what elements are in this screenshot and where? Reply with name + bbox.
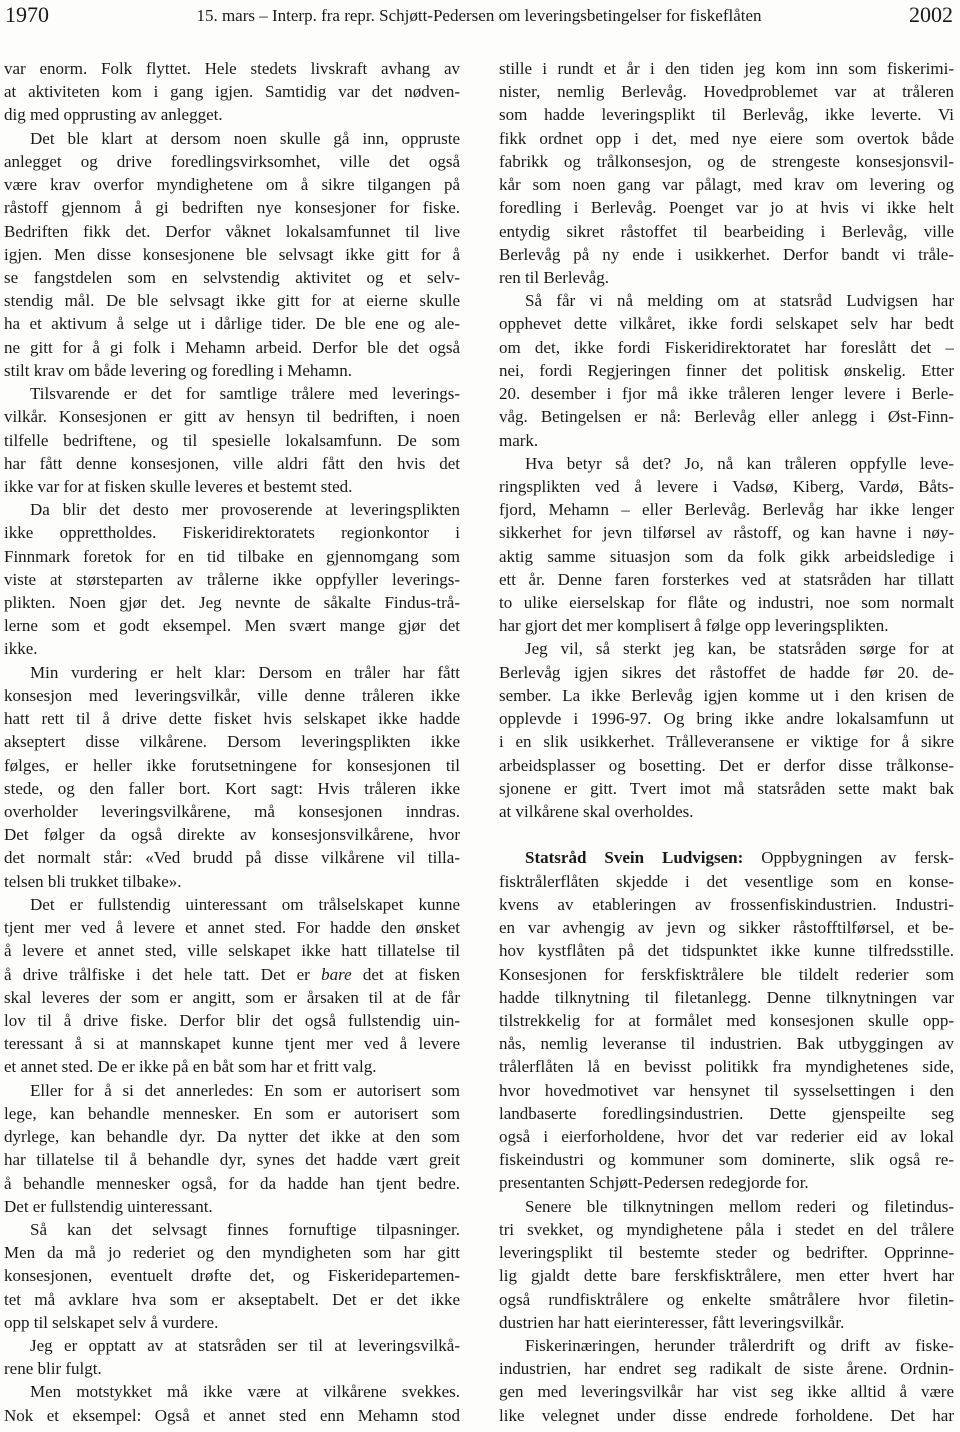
text-segment: trålerflåten lå en bevisst politikk fra … bbox=[499, 1057, 954, 1076]
text-line: vilkår. Konsesjonen er gitt av hensyn ti… bbox=[4, 405, 460, 428]
text-line: var enorm. Folk flyttet. Hele stedets li… bbox=[4, 57, 460, 80]
text-line: ikke opprettholdes. Fiskeridirektoratets… bbox=[4, 521, 460, 544]
text-line: dyrlege, kan behandle dyr. Da nytter det… bbox=[4, 1125, 460, 1148]
text-line: Eller for å si det annerledes: En som er… bbox=[4, 1079, 460, 1102]
text-line: telsen bli trukket tilbake». bbox=[4, 870, 460, 893]
text-segment: å behandle mennesker også, for da hadde … bbox=[4, 1174, 460, 1193]
text-segment: dig med opprusting av anlegget. bbox=[4, 105, 223, 124]
text-segment: Nok et eksempel: Også et annet sted enn … bbox=[4, 1406, 460, 1425]
text-segment: teressant å si at mannskapet kunne tjent… bbox=[4, 1034, 460, 1053]
text-segment: var enorm. Folk flyttet. Hele stedets li… bbox=[4, 59, 460, 78]
text-segment: Så får vi nå melding om at statsråd Ludv… bbox=[525, 291, 954, 310]
text-line: nister, nemlig Berlevåg. Hovedproblemet … bbox=[499, 80, 954, 103]
text-segment: Jeg er opptatt av at statsråden ser til … bbox=[30, 1336, 460, 1355]
text-segment: opphevet dette vilkåret, ikke fordi sels… bbox=[499, 314, 954, 333]
text-line: å levere et annet sted, ville selskapet … bbox=[4, 939, 460, 962]
text-segment: telsen bli trukket tilbake». bbox=[4, 872, 182, 891]
text-segment: nei, fordi Regjeringen finner det politi… bbox=[499, 361, 954, 380]
text-segment: at aktiviteten kom i gang igjen. Samtidi… bbox=[4, 82, 460, 101]
text-segment: sember. La ikke Berlevåg igjen komme ut … bbox=[499, 686, 954, 705]
text-segment: vilkår. Konsesjonen er gitt av hensyn ti… bbox=[4, 407, 460, 426]
text-line: ren til Berlevåg. bbox=[499, 266, 954, 289]
text-segment: Tilsvarende er det for samtlige trålere … bbox=[30, 384, 460, 403]
text-line: Konsesjonen for ferskfisktrålere ble til… bbox=[499, 963, 954, 986]
text-line: tri svekket, og myndighetene påla i sted… bbox=[499, 1218, 954, 1241]
text-line: like velegnet under disse endrede forhol… bbox=[499, 1404, 954, 1427]
text-segment: entydig sikret råstoffet til bearbeiding… bbox=[499, 222, 954, 241]
text-segment: en var avhengig av jevn og sikker råstof… bbox=[499, 918, 954, 937]
text-line: være krav overfor myndighetene om å sikr… bbox=[4, 173, 460, 196]
text-segment: kår som noen gang var pålagt, med krav o… bbox=[499, 175, 954, 194]
text-segment: stille i rundt et år i den tiden jeg kom… bbox=[499, 59, 954, 78]
paragraph: Så får vi nå melding om at statsråd Ludv… bbox=[499, 289, 954, 452]
text-segment: leveringsplikt til bestemte steder og be… bbox=[499, 1243, 954, 1262]
text-segment: sikkerhet for jevn tilførsel av råstoff,… bbox=[499, 523, 954, 542]
text-line: det normalt står: «Ved brudd på disse vi… bbox=[4, 846, 460, 869]
text-line: Men da må jo rederiet og den myndigheten… bbox=[4, 1241, 460, 1264]
text-segment: det normalt står: «Ved brudd på disse vi… bbox=[4, 848, 460, 867]
text-line: i en slik usikkerhet. Trålleveransene er… bbox=[499, 730, 954, 753]
text-segment: som hadde leveringsplikt til Berlevåg, i… bbox=[499, 105, 954, 124]
text-segment: Men da må jo rederiet og den myndigheten… bbox=[4, 1243, 460, 1262]
text-segment: anlegget og drive foredlingsvirksomhet, … bbox=[4, 152, 460, 171]
paragraph: Statsråd Svein Ludvigsen: Oppbygningen a… bbox=[499, 846, 954, 1194]
text-segment: ikke var for at fisken skulle leveres et… bbox=[4, 477, 352, 496]
text-line: stendig mål. De ble selvsagt ikke gitt f… bbox=[4, 289, 460, 312]
text-line: har tillatelse til å behandle dyr, synes… bbox=[4, 1148, 460, 1171]
text-line: stilt krav om både levering og foredling… bbox=[4, 359, 460, 382]
text-segment: Konsesjonen for ferskfisktrålere ble til… bbox=[499, 965, 954, 984]
text-line: fiskeindustri og kommuner som dominerte,… bbox=[499, 1148, 954, 1171]
text-segment: lege, kan behandle mennesker. En som er … bbox=[4, 1104, 460, 1123]
text-segment: hvor hovedmotivet var hensynet til sysse… bbox=[499, 1081, 954, 1100]
paragraph: Så kan det selvsagt finnes fornuftige ti… bbox=[4, 1218, 460, 1334]
text-segment: lig gjaldt dette bare ferskfisktrålere, … bbox=[499, 1266, 954, 1285]
text-segment: sjonene er gitt. Tvert imot må statsråde… bbox=[499, 779, 954, 798]
text-line: råstoff gjennom å gi bedriften nye konse… bbox=[4, 196, 460, 219]
paragraph: Eller for å si det annerledes: En som er… bbox=[4, 1079, 460, 1218]
text-line: industrien, har endret seg radikalt de s… bbox=[499, 1357, 954, 1380]
text-segment: nås, nemlig leveranse til industrien. Ba… bbox=[499, 1034, 954, 1053]
text-line: tilfelle bedriftene, og til spesielle lo… bbox=[4, 429, 460, 452]
text-segment: tet må avklare hva som er akseptabelt. D… bbox=[4, 1290, 460, 1309]
page-number-left: 1970 bbox=[5, 2, 49, 28]
text-segment: ikke. bbox=[4, 639, 38, 658]
text-line: også i eierforholdene, hvor det var rede… bbox=[499, 1125, 954, 1148]
text-line: at vilkårene skal overholdes. bbox=[499, 800, 954, 823]
text-line: hov kystflåten på det tidspunktet ikke k… bbox=[499, 939, 954, 962]
text-segment: se fangstdelen som en selvstendig aktivi… bbox=[4, 268, 460, 287]
text-segment: om det, ikke fordi Fiskeridirektoratet h… bbox=[499, 338, 954, 357]
paragraph: Min vurdering er helt klar: Dersom en tr… bbox=[4, 661, 460, 893]
text-segment: ne gitt for å gi folk i Mehamn arbeid. D… bbox=[4, 338, 460, 357]
text-line: å drive trålfiske i det hele tatt. Det e… bbox=[4, 963, 460, 986]
text-line: har gjort det mer komplisert å følge opp… bbox=[499, 614, 954, 637]
text-line: mark. bbox=[499, 429, 954, 452]
text-line: anlegget og drive foredlingsvirksomhet, … bbox=[4, 150, 460, 173]
text-segment: følges, er heller ikke forutsetningene f… bbox=[4, 756, 460, 775]
paragraph: stille i rundt et år i den tiden jeg kom… bbox=[499, 57, 954, 289]
text-line: Berlevåg igjen sikres det råstoffet de h… bbox=[499, 661, 954, 684]
text-line: sjonene er gitt. Tvert imot må statsråde… bbox=[499, 777, 954, 800]
text-segment: ren til Berlevåg. bbox=[499, 268, 609, 287]
text-segment: Senere ble tilknytningen mellom rederi o… bbox=[525, 1197, 954, 1216]
text-segment: 20. desember i fjor må ikke tråleren len… bbox=[499, 384, 954, 403]
text-line: opplevde i 1996-97. Og bring ikke andre … bbox=[499, 707, 954, 730]
text-line: Det følger da også direkte av konsesjons… bbox=[4, 823, 460, 846]
text-line: dig med opprusting av anlegget. bbox=[4, 103, 460, 126]
text-segment: to ulike eierselskap for flåte og indust… bbox=[499, 593, 954, 612]
text-segment: også rundfisktrålere og enkelte småtråle… bbox=[499, 1290, 954, 1309]
text-line: Tilsvarende er det for samtlige trålere … bbox=[4, 382, 460, 405]
text-segment: konsesjonen, eventuelt drøfte det, og Fi… bbox=[4, 1266, 460, 1285]
text-line: 20. desember i fjor må ikke tråleren len… bbox=[499, 382, 954, 405]
text-segment: ett år. Denne faren forsterkes ved at st… bbox=[499, 570, 954, 589]
text-segment: Det følger da også direkte av konsesjons… bbox=[4, 825, 460, 844]
text-segment: ringsplikten ved å levere i Vadsø, Kiber… bbox=[499, 477, 954, 496]
text-segment: fikk ordnet opp i det, med nye eiere som… bbox=[499, 129, 954, 148]
text-segment: foredling i Berlevåg. Poenget var jo at … bbox=[499, 198, 954, 217]
text-segment: plikten. Noen gjør det. Jeg nevnte de så… bbox=[4, 593, 460, 612]
text-line: et annet sted. De er ikke på en båt som … bbox=[4, 1055, 460, 1078]
text-line: hadde tilknytning til filetanlegg. Denne… bbox=[499, 986, 954, 1009]
text-segment: fjord, Mehamn – eller Berlevåg. Berlevåg… bbox=[499, 500, 954, 519]
text-segment: har fått denne konsesjonen, ville aldri … bbox=[4, 454, 460, 473]
text-line: Nok et eksempel: Også et annet sted enn … bbox=[4, 1404, 460, 1427]
text-segment: rene blir fulgt. bbox=[4, 1359, 102, 1378]
text-line: skal leveres der som er angitt, som er å… bbox=[4, 986, 460, 1009]
text-line: Bedriften fikk det. Derfor våknet lokals… bbox=[4, 220, 460, 243]
text-segment: ikke opprettholdes. Fiskeridirektoratets… bbox=[4, 523, 460, 542]
italic-text: bare bbox=[321, 965, 352, 984]
text-segment: Bedriften fikk det. Derfor våknet lokals… bbox=[4, 222, 460, 241]
text-line: rene blir fulgt. bbox=[4, 1357, 460, 1380]
text-line: fikk ordnet opp i det, med nye eiere som… bbox=[499, 127, 954, 150]
paragraph: Tilsvarende er det for samtlige trålere … bbox=[4, 382, 460, 498]
text-line: stille i rundt et år i den tiden jeg kom… bbox=[499, 57, 954, 80]
text-line: kvens av etableringen av frossenfiskindu… bbox=[499, 893, 954, 916]
text-line: Jeg er opptatt av at statsråden ser til … bbox=[4, 1334, 460, 1357]
text-segment: ha et aktivum å selge ut i dårlige tider… bbox=[4, 314, 460, 333]
text-line: overholder leveringsvilkårene, må konses… bbox=[4, 800, 460, 823]
text-line: se fangstdelen som en selvstendig aktivi… bbox=[4, 266, 460, 289]
text-segment: opplevde i 1996-97. Og bring ikke andre … bbox=[499, 709, 954, 728]
text-segment: Berlevåg på ny ende i usikkerhet. Derfor… bbox=[499, 245, 954, 264]
text-segment: tilstrekkelig for at formålet med konses… bbox=[499, 1011, 954, 1030]
text-segment: opp til selskapet selv å vurdere. bbox=[4, 1313, 218, 1332]
text-segment: det at fisken bbox=[352, 965, 460, 984]
text-segment: tri svekket, og myndighetene påla i sted… bbox=[499, 1220, 954, 1239]
text-segment: Det ble klart at dersom noen skulle gå i… bbox=[30, 129, 460, 148]
text-segment: være krav overfor myndighetene om å sikr… bbox=[4, 175, 460, 194]
text-line: om det, ikke fordi Fiskeridirektoratet h… bbox=[499, 336, 954, 359]
text-segment: konsesjon med leveringsvilkår, ville den… bbox=[4, 686, 460, 705]
text-line: Det ble klart at dersom noen skulle gå i… bbox=[4, 127, 460, 150]
text-line: to ulike eierselskap for flåte og indust… bbox=[499, 591, 954, 614]
text-line: Jeg vil, så sterkt jeg kan, be statsråde… bbox=[499, 637, 954, 660]
header-title: 15. mars – Interp. fra repr. Schjøtt-Ped… bbox=[65, 6, 893, 26]
text-line: opphevet dette vilkåret, ikke fordi sels… bbox=[499, 312, 954, 335]
text-line: sember. La ikke Berlevåg igjen komme ut … bbox=[499, 684, 954, 707]
text-segment: Fiskerinæringen, herunder trålerdrift og… bbox=[525, 1336, 954, 1355]
paragraph: var enorm. Folk flyttet. Hele stedets li… bbox=[4, 57, 460, 127]
text-segment: gen med leveringsvilkår har vist seg ikk… bbox=[499, 1382, 954, 1401]
text-line: Fiskerinæringen, herunder trålerdrift og… bbox=[499, 1334, 954, 1357]
text-line: ringsplikten ved å levere i Vadsø, Kiber… bbox=[499, 475, 954, 498]
text-line: Statsråd Svein Ludvigsen: Oppbygningen a… bbox=[499, 846, 954, 869]
text-segment: stilt krav om både levering og foredling… bbox=[4, 361, 352, 380]
paragraph: Fiskerinæringen, herunder trålerdrift og… bbox=[499, 1334, 954, 1427]
text-line: å behandle mennesker også, for da hadde … bbox=[4, 1172, 460, 1195]
text-line: Finnmark foretok for en tid tilbake en g… bbox=[4, 545, 460, 568]
paragraph: Jeg er opptatt av at statsråden ser til … bbox=[4, 1334, 460, 1380]
text-segment: stede, og den faller bort. Kort sagt: Hv… bbox=[4, 779, 460, 798]
text-line: lege, kan behandle mennesker. En som er … bbox=[4, 1102, 460, 1125]
text-line: opp til selskapet selv å vurdere. bbox=[4, 1311, 460, 1334]
text-line: Det er fullstendig uinteressant om tråls… bbox=[4, 893, 460, 916]
text-line: Hva betyr så det? Jo, nå kan tråleren op… bbox=[499, 452, 954, 475]
text-segment: nister, nemlig Berlevåg. Hovedproblemet … bbox=[499, 82, 954, 101]
text-segment: akseptert disse vilkårene. Dersom leveri… bbox=[4, 732, 460, 751]
text-segment: arbeidsplasser og bosetting. Det er derf… bbox=[499, 756, 954, 775]
text-segment: Berlevåg igjen sikres det råstoffet de h… bbox=[499, 663, 954, 682]
text-segment: Hva betyr så det? Jo, nå kan tråleren op… bbox=[525, 454, 954, 473]
text-segment: lov til å drive fiske. Derfor blir det o… bbox=[4, 1011, 460, 1030]
text-segment: stendig mål. De ble selvsagt ikke gitt f… bbox=[4, 291, 460, 310]
text-segment: å levere et annet sted, ville selskapet … bbox=[4, 941, 460, 960]
text-line: våg. Betingelsen er nå: Berlevåg eller a… bbox=[499, 405, 954, 428]
text-line: Så får vi nå melding om at statsråd Ludv… bbox=[499, 289, 954, 312]
text-line: entydig sikret råstoffet til bearbeiding… bbox=[499, 220, 954, 243]
text-line: en var avhengig av jevn og sikker råstof… bbox=[499, 916, 954, 939]
text-segment: å drive trålfiske i det hele tatt. Det e… bbox=[4, 965, 321, 984]
text-line: Men motstykket må ikke være at vilkårene… bbox=[4, 1380, 460, 1403]
text-segment: tilfelle bedriftene, og til spesielle lo… bbox=[4, 431, 460, 450]
text-line: kår som noen gang var pålagt, med krav o… bbox=[499, 173, 954, 196]
text-line: dustrien har hatt eierinteresser, fått l… bbox=[499, 1311, 954, 1334]
text-segment: har tillatelse til å behandle dyr, synes… bbox=[4, 1150, 460, 1169]
text-line: som hadde leveringsplikt til Berlevåg, i… bbox=[499, 103, 954, 126]
text-line: Da blir det desto mer provoserende at le… bbox=[4, 498, 460, 521]
text-line: Min vurdering er helt klar: Dersom en tr… bbox=[4, 661, 460, 684]
text-line: konsesjon med leveringsvilkår, ville den… bbox=[4, 684, 460, 707]
text-line: gen med leveringsvilkår har vist seg ikk… bbox=[499, 1380, 954, 1403]
text-segment: hadde tilknytning til filetanlegg. Denne… bbox=[499, 988, 954, 1007]
text-segment: tjent mer ved å levere et annet sted. Fo… bbox=[4, 918, 460, 937]
text-segment: et annet sted. De er ikke på en båt som … bbox=[4, 1057, 376, 1076]
text-line: ha et aktivum å selge ut i dårlige tider… bbox=[4, 312, 460, 335]
text-segment: viste at størsteparten av trålerne ikke … bbox=[4, 570, 460, 589]
text-segment: landbaserte foredlingsindustrien. Dette … bbox=[499, 1104, 954, 1123]
text-segment: igjen. Men disse konsesjonene ble selvsa… bbox=[4, 245, 460, 264]
text-line: tjent mer ved å levere et annet sted. Fo… bbox=[4, 916, 460, 939]
text-line: følges, er heller ikke forutsetningene f… bbox=[4, 754, 460, 777]
text-line: ett år. Denne faren forsterkes ved at st… bbox=[499, 568, 954, 591]
paragraph: Da blir det desto mer provoserende at le… bbox=[4, 498, 460, 661]
text-line: sikkerhet for jevn tilførsel av råstoff,… bbox=[499, 521, 954, 544]
page-number-right: 2002 bbox=[909, 2, 953, 28]
text-segment: skal leveres der som er angitt, som er å… bbox=[4, 988, 460, 1007]
paragraph: Senere ble tilknytningen mellom rederi o… bbox=[499, 1195, 954, 1334]
text-segment: også i eierforholdene, hvor det var rede… bbox=[499, 1127, 954, 1146]
text-segment: Det er fullstendig uinteressant om tråls… bbox=[30, 895, 460, 914]
text-segment: dyrlege, kan behandle dyr. Da nytter det… bbox=[4, 1127, 460, 1146]
text-line: ikke var for at fisken skulle leveres et… bbox=[4, 475, 460, 498]
text-line: lerne som et godt eksempel. Men svært ma… bbox=[4, 614, 460, 637]
text-segment: Min vurdering er helt klar: Dersom en tr… bbox=[30, 663, 460, 682]
text-segment: råstoff gjennom å gi bedriften nye konse… bbox=[4, 198, 460, 217]
text-segment: dustrien har hatt eierinteresser, fått l… bbox=[499, 1313, 844, 1332]
text-line: Det er fullstendig uinteressant. bbox=[4, 1195, 460, 1218]
text-segment: mark. bbox=[499, 431, 538, 450]
text-segment: industrien, har endret seg radikalt de s… bbox=[499, 1359, 954, 1378]
text-segment: Finnmark foretok for en tid tilbake en g… bbox=[4, 547, 460, 566]
text-line: igjen. Men disse konsesjonene ble selvsa… bbox=[4, 243, 460, 266]
text-line: tilstrekkelig for at formålet med konses… bbox=[499, 1009, 954, 1032]
text-segment: våg. Betingelsen er nå: Berlevåg eller a… bbox=[499, 407, 954, 426]
text-segment: kvens av etableringen av frossenfiskindu… bbox=[499, 895, 954, 914]
paragraph: Det er fullstendig uinteressant om tråls… bbox=[4, 893, 460, 1079]
text-line: lig gjaldt dette bare ferskfisktrålere, … bbox=[499, 1264, 954, 1287]
text-segment: at vilkårene skal overholdes. bbox=[499, 802, 694, 821]
paragraph: Det ble klart at dersom noen skulle gå i… bbox=[4, 127, 460, 382]
text-line: plikten. Noen gjør det. Jeg nevnte de så… bbox=[4, 591, 460, 614]
text-segment: aktig samme situasjon som da folk gikk a… bbox=[499, 547, 954, 566]
text-segment: hatt rett til å drive dette fisket hvis … bbox=[4, 709, 460, 728]
page-header: 1970 15. mars – Interp. fra repr. Schjøt… bbox=[5, 2, 953, 34]
text-line: arbeidsplasser og bosetting. Det er derf… bbox=[499, 754, 954, 777]
text-line: lov til å drive fiske. Derfor blir det o… bbox=[4, 1009, 460, 1032]
text-line: Så kan det selvsagt finnes fornuftige ti… bbox=[4, 1218, 460, 1241]
text-line: Berlevåg på ny ende i usikkerhet. Derfor… bbox=[499, 243, 954, 266]
text-line: aktig samme situasjon som da folk gikk a… bbox=[499, 545, 954, 568]
text-line: viste at størsteparten av trålerne ikke … bbox=[4, 568, 460, 591]
text-segment: har gjort det mer komplisert å følge opp… bbox=[499, 616, 888, 635]
document-page: 1970 15. mars – Interp. fra repr. Schjøt… bbox=[0, 0, 960, 1432]
text-line: leveringsplikt til bestemte steder og be… bbox=[499, 1241, 954, 1264]
text-line: tet må avklare hva som er akseptabelt. D… bbox=[4, 1288, 460, 1311]
text-segment: Men motstykket må ikke være at vilkårene… bbox=[30, 1382, 460, 1401]
text-segment: like velegnet under disse endrede forhol… bbox=[499, 1406, 954, 1425]
text-line: hatt rett til å drive dette fisket hvis … bbox=[4, 707, 460, 730]
text-segment: i en slik usikkerhet. Trålleveransene er… bbox=[499, 732, 954, 751]
text-segment: Det er fullstendig uinteressant. bbox=[4, 1197, 213, 1216]
text-line: også rundfisktrålere og enkelte småtråle… bbox=[499, 1288, 954, 1311]
text-line: fabrikk og trålkonsesjon, og de strenges… bbox=[499, 150, 954, 173]
text-line: konsesjonen, eventuelt drøfte det, og Fi… bbox=[4, 1264, 460, 1287]
text-segment: Da blir det desto mer provoserende at le… bbox=[30, 500, 460, 519]
text-line: landbaserte foredlingsindustrien. Dette … bbox=[499, 1102, 954, 1125]
text-line: ikke. bbox=[4, 637, 460, 660]
text-line: Senere ble tilknytningen mellom rederi o… bbox=[499, 1195, 954, 1218]
text-column-right: stille i rundt et år i den tiden jeg kom… bbox=[499, 57, 954, 1427]
text-line: nås, nemlig leveranse til industrien. Ba… bbox=[499, 1032, 954, 1055]
text-segment: fabrikk og trålkonsesjon, og de strenges… bbox=[499, 152, 954, 171]
text-line: hvor hovedmotivet var hensynet til sysse… bbox=[499, 1079, 954, 1102]
text-line: ne gitt for å gi folk i Mehamn arbeid. D… bbox=[4, 336, 460, 359]
text-segment: fiskeindustri og kommuner som dominerte,… bbox=[499, 1150, 954, 1169]
text-line: foredling i Berlevåg. Poenget var jo at … bbox=[499, 196, 954, 219]
text-line: trålerflåten lå en bevisst politikk fra … bbox=[499, 1055, 954, 1078]
paragraph: Hva betyr så det? Jo, nå kan tråleren op… bbox=[499, 452, 954, 638]
text-segment: hov kystflåten på det tidspunktet ikke k… bbox=[499, 941, 954, 960]
paragraph: Jeg vil, så sterkt jeg kan, be statsråde… bbox=[499, 637, 954, 823]
text-line: nei, fordi Regjeringen finner det politi… bbox=[499, 359, 954, 382]
text-line: akseptert disse vilkårene. Dersom leveri… bbox=[4, 730, 460, 753]
text-line: fjord, Mehamn – eller Berlevåg. Berlevåg… bbox=[499, 498, 954, 521]
text-segment: lerne som et godt eksempel. Men svært ma… bbox=[4, 616, 460, 635]
text-segment: Oppbygningen av fersk- bbox=[743, 848, 954, 867]
text-line: teressant å si at mannskapet kunne tjent… bbox=[4, 1032, 460, 1055]
text-segment: Eller for å si det annerledes: En som er… bbox=[30, 1081, 460, 1100]
paragraph: Men motstykket må ikke være at vilkårene… bbox=[4, 1380, 460, 1426]
text-line: stede, og den faller bort. Kort sagt: Hv… bbox=[4, 777, 460, 800]
text-line: at aktiviteten kom i gang igjen. Samtidi… bbox=[4, 80, 460, 103]
text-column-left: var enorm. Folk flyttet. Hele stedets li… bbox=[4, 57, 460, 1427]
text-line: fisktrålerflåten skjedde i det vesentlig… bbox=[499, 870, 954, 893]
text-segment: Jeg vil, så sterkt jeg kan, be statsråde… bbox=[525, 639, 954, 658]
bold-text: Statsråd Svein Ludvigsen: bbox=[525, 848, 743, 867]
text-line: presentanten Schjøtt-Pedersen redegjorde… bbox=[499, 1171, 954, 1194]
text-segment: presentanten Schjøtt-Pedersen redegjorde… bbox=[499, 1173, 809, 1192]
text-line: har fått denne konsesjonen, ville aldri … bbox=[4, 452, 460, 475]
text-segment: overholder leveringsvilkårene, må konses… bbox=[4, 802, 460, 821]
text-segment: fisktrålerflåten skjedde i det vesentlig… bbox=[499, 872, 954, 891]
text-segment: Så kan det selvsagt finnes fornuftige ti… bbox=[30, 1220, 460, 1239]
